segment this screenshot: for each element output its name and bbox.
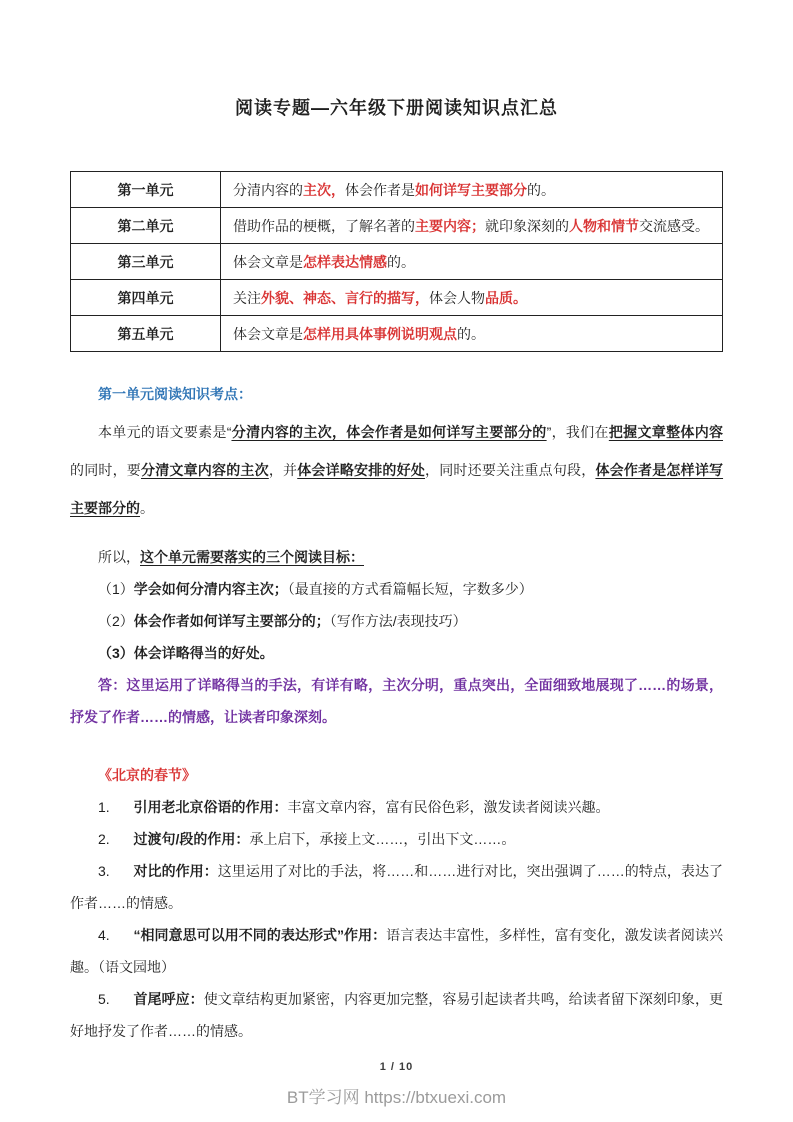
table-row: 第二单元 借助作品的梗概，了解名著的主要内容；就印象深刻的人物和情节交流感受。 <box>71 208 723 244</box>
site-watermark: BT学习网 https://btxuexi.com <box>70 1083 723 1108</box>
list-item: 5.首尾呼应：使文章结构更加紧密，内容更加完整，容易引起读者共鸣，给读者留下深刻… <box>70 983 723 1047</box>
unit-name-cell: 第四单元 <box>71 280 221 316</box>
unit1-goals-block: 所以，这个单元需要落实的三个阅读目标： （1）学会如何分清内容主次；（最直接的方… <box>70 541 723 733</box>
unit-name-cell: 第一单元 <box>71 172 221 208</box>
goal-item-1: （1）学会如何分清内容主次；（最直接的方式看篇幅长短，字数多少） <box>70 573 723 605</box>
list-item: 3.对比的作用：这里运用了对比的手法，将……和……进行对比，突出强调了……的特点… <box>70 855 723 919</box>
unit-desc-cell: 关注外貌、神态、言行的描写，体会人物品质。 <box>220 280 722 316</box>
unit-name-cell: 第二单元 <box>71 208 221 244</box>
page-title: 阅读专题—六年级下册阅读知识点汇总 <box>70 95 723 121</box>
table-row: 第三单元 体会文章是怎样表达情感的。 <box>71 244 723 280</box>
goal-item-2: （2）体会作者如何详写主要部分的；（写作方法/表现技巧） <box>70 605 723 637</box>
article-title-beijing-spring-festival: 《北京的春节》 <box>70 759 723 791</box>
unit-name-cell: 第三单元 <box>71 244 221 280</box>
table-row: 第五单元 体会文章是怎样用具体事例说明观点的。 <box>71 316 723 352</box>
table-row: 第四单元 关注外貌、神态、言行的描写，体会人物品质。 <box>71 280 723 316</box>
unit-desc-cell: 分清内容的主次，体会作者是如何详写主要部分的。 <box>220 172 722 208</box>
section-heading-unit1: 第一单元阅读知识考点： <box>70 384 723 404</box>
goal-item-3: （3）体会详略得当的好处。 <box>70 637 723 669</box>
unit-desc-cell: 借助作品的梗概，了解名著的主要内容；就印象深刻的人物和情节交流感受。 <box>220 208 722 244</box>
table-row: 第一单元 分清内容的主次，体会作者是如何详写主要部分的。 <box>71 172 723 208</box>
unit-name-cell: 第五单元 <box>71 316 221 352</box>
list-item: 4.“相同意思可以用不同的表达形式”作用：语言表达丰富性，多样性，富有变化，激发… <box>70 919 723 983</box>
goals-lead-paragraph: 所以，这个单元需要落实的三个阅读目标： <box>70 541 723 573</box>
document-page: 阅读专题—六年级下册阅读知识点汇总 第一单元 分清内容的主次，体会作者是如何详写… <box>0 0 793 1108</box>
article-knowledge-points-list: 1.引用老北京俗语的作用：丰富文章内容，富有民俗色彩，激发读者阅读兴趣。 2.过… <box>70 791 723 1047</box>
unit-desc-cell: 体会文章是怎样用具体事例说明观点的。 <box>220 316 722 352</box>
list-item: 1.引用老北京俗语的作用：丰富文章内容，富有民俗色彩，激发读者阅读兴趣。 <box>70 791 723 823</box>
units-overview-table: 第一单元 分清内容的主次，体会作者是如何详写主要部分的。 第二单元 借助作品的梗… <box>70 171 723 352</box>
list-item: 2.过渡句/段的作用：承上启下，承接上文……，引出下文……。 <box>70 823 723 855</box>
unit-desc-cell: 体会文章是怎样表达情感的。 <box>220 244 722 280</box>
model-answer-paragraph: 答：这里运用了详略得当的手法，有详有略，主次分明，重点突出，全面细致地展现了……… <box>70 669 723 733</box>
unit1-intro-paragraph: 本单元的语文要素是“分清内容的主次，体会作者是如何详写主要部分的”，我们在把握文… <box>70 413 723 527</box>
page-number-indicator: 1 / 10 <box>70 1061 723 1073</box>
